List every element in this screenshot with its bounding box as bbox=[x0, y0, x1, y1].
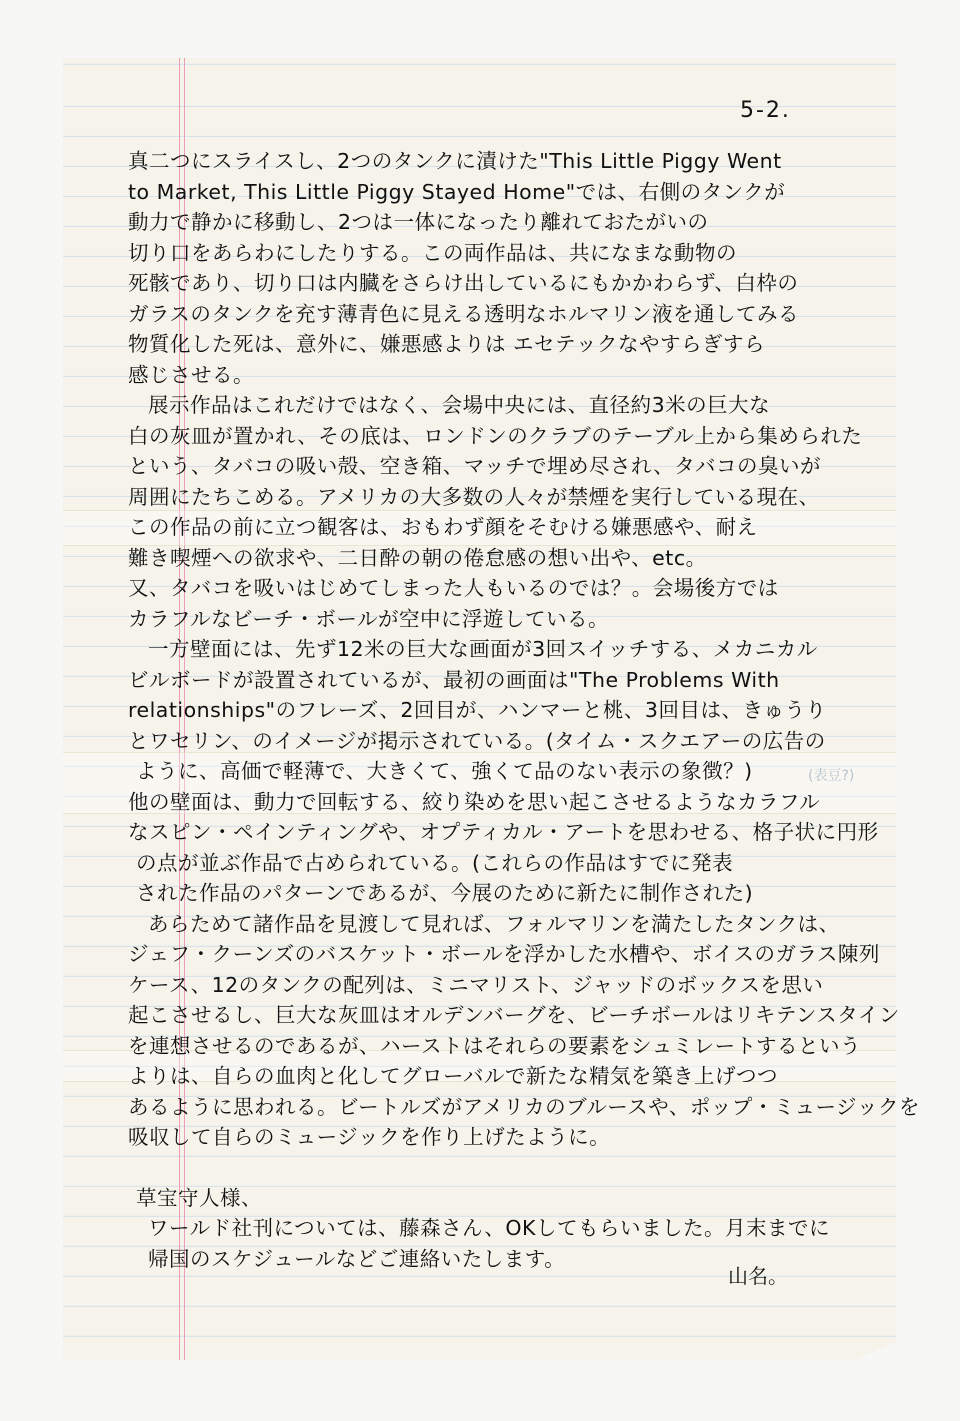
text-line: という、タバコの吸い殻、空き箱、マッチで埋め尽され、タバコの臭いが bbox=[128, 451, 908, 482]
paragraph-start: 展示作品はこれだけではなく、会場中央には、直径約3米の巨大な bbox=[128, 390, 908, 421]
text-line: の点が並ぶ作品で占められている。(これらの作品はすでに発表 bbox=[128, 848, 908, 879]
text-line: 切り口をあらわにしたりする。この両作品は、共になまな動物の bbox=[128, 238, 908, 269]
text-line: とワセリン、のイメージが掲示されている。(タイム・スクエアーの広告の bbox=[128, 726, 908, 757]
text-line: ように、高価で軽薄で、大きくて、強くて品のない表示の象徴？) bbox=[128, 756, 908, 787]
text-line: された作品のパターンであるが、今展のために新たに制作された) bbox=[128, 878, 908, 909]
text-line: 真二つにスライスし、2つのタンクに漬けた"This Little Piggy W… bbox=[128, 146, 908, 177]
text-line: 動力で静かに移動し、2つは一体になったり離れておたがいの bbox=[128, 207, 908, 238]
text-line: to Market, This Little Piggy Stayed Home… bbox=[128, 177, 908, 208]
text-line: よりは、自らの血肉と化してグローバルで新たな精気を築き上げつつ bbox=[128, 1061, 908, 1092]
text-line: 物質化した死は、意外に、嫌悪感よりは エセテックなやすらぎすら bbox=[128, 329, 908, 360]
text-line: 感じさせる。 bbox=[128, 360, 908, 391]
postscript-line: ワールド社刊については、藤森さん、OKしてもらいました。月末までに bbox=[128, 1213, 908, 1244]
text-line: ガラスのタンクを充す薄青色に見える透明なホルマリン液を通してみる bbox=[128, 299, 908, 330]
text-line: 吸収して自らのミュージックを作り上げたように。 bbox=[128, 1122, 908, 1153]
text-line: この作品の前に立つ観客は、おもわず顔をそむける嫌悪感や、耐え bbox=[128, 512, 908, 543]
postscript-salutation: 草宝守人様、 bbox=[128, 1183, 908, 1214]
text-line: 死骸であり、切り口は内臓をさらけ出しているにもかかわらず、白枠の bbox=[128, 268, 908, 299]
text-line: カラフルなビーチ・ボールが空中に浮遊している。 bbox=[128, 604, 908, 635]
text-line: 起こさせるし、巨大な灰皿はオルデンバーグを、ビーチボールはリキテンスタイン bbox=[128, 1000, 908, 1031]
text-line: あるように思われる。ビートルズがアメリカのブルースや、ポップ・ミュージックを bbox=[128, 1092, 908, 1123]
text-line: 難き喫煙への欲求や、二日酔の朝の倦怠感の想い出や、etc。 bbox=[128, 543, 908, 574]
page-number: 5-2. bbox=[740, 98, 791, 123]
paragraph-start: あらためて諸作品を見渡して見れば、フォルマリンを満たしたタンクは、 bbox=[128, 909, 908, 940]
text-line: 又、タバコを吸いはじめてしまった人もいるのでは？。会場後方では bbox=[128, 573, 908, 604]
text-line: ケース、12のタンクの配列は、ミニマリスト、ジャッドのボックスを思い bbox=[128, 970, 908, 1001]
text-line: 周囲にたちこめる。アメリカの大多数の人々が禁煙を実行している現在、 bbox=[128, 482, 908, 513]
signature: 山名。 bbox=[728, 1260, 788, 1289]
paragraph-start: 一方壁面には、先ず12米の巨大な画面が3回スイッチする、メカニカル bbox=[128, 634, 908, 665]
letter-body: 真二つにスライスし、2つのタンクに漬けた"This Little Piggy W… bbox=[128, 146, 908, 1274]
text-line: なスピン・ペインティングや、オプティカル・アートを思わせる、格子状に円形 bbox=[128, 817, 908, 848]
text-line: 他の壁面は、動力で回転する、絞り染めを思い起こさせるようなカラフル bbox=[128, 787, 908, 818]
text-line: ビルボードが設置されているが、最初の画面は"The Problems With bbox=[128, 665, 908, 696]
text-line: を連想させるのであるが、ハーストはそれらの要素をシュミレートするという bbox=[128, 1031, 908, 1062]
postscript-line: 帰国のスケジュールなどご連絡いたします。 bbox=[128, 1244, 908, 1275]
text-line: ジェフ・クーンズのバスケット・ボールを浮かした水槽や、ボイスのガラス陳列 bbox=[128, 939, 908, 970]
text-line: 白の灰皿が置かれ、その底は、ロンドンのクラブのテーブル上から集められた bbox=[128, 421, 908, 452]
text-line: relationships"のフレーズ、2回目が、ハンマーと桃、3回目は、きゅう… bbox=[128, 695, 908, 726]
